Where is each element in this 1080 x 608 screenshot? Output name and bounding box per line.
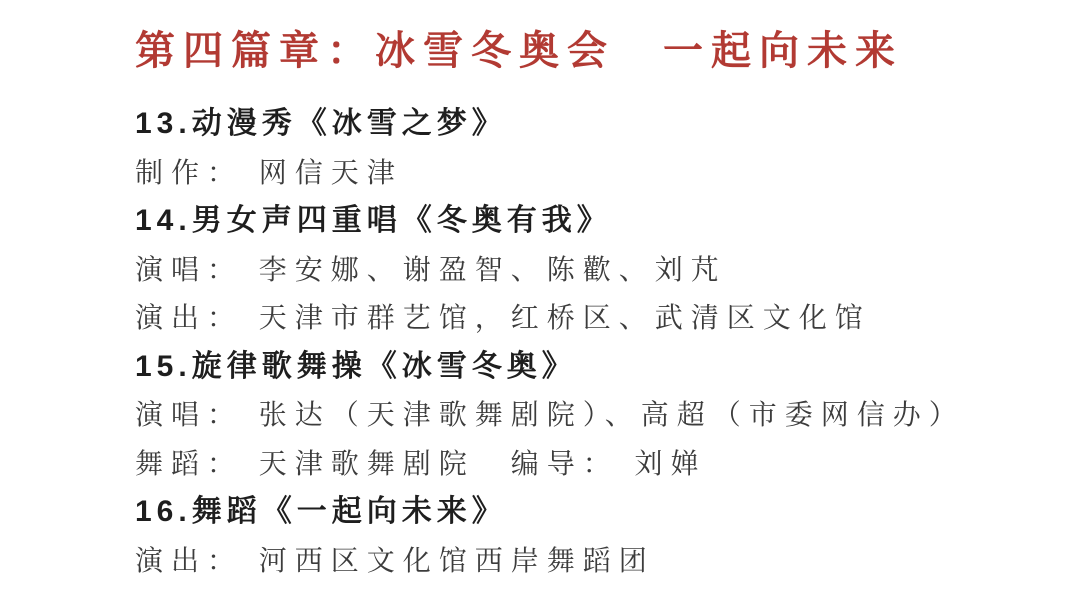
program-chapter-section: 第四篇章：冰雪冬奥会 一起向未来 13.动漫秀《冰雪之梦》 制作： 网信天津 1… [135, 28, 1045, 585]
credit-performers-14: 演出： 天津市群艺馆，红桥区、武清区文化馆 [135, 294, 1045, 343]
credit-singers-15: 演唱： 张达（天津歌舞剧院）、高超（市委网信办） [135, 391, 1045, 440]
credit-singers-14: 演唱： 李安娜、谢盈智、陈歡、刘芃 [135, 246, 1045, 295]
credit-dance-director-15: 舞蹈： 天津歌舞剧院 编导： 刘婵 [135, 440, 1045, 489]
program-item-14: 14.男女声四重唱《冬奥有我》 [135, 197, 1045, 246]
chapter-title: 第四篇章：冰雪冬奥会 一起向未来 [135, 28, 1045, 74]
program-item-16: 16.舞蹈《一起向未来》 [135, 488, 1045, 537]
program-item-15: 15.旋律歌舞操《冰雪冬奥》 [135, 343, 1045, 392]
credit-performers-16: 演出： 河西区文化馆西岸舞蹈团 [135, 537, 1045, 586]
program-item-13: 13.动漫秀《冰雪之梦》 [135, 100, 1045, 149]
credit-production-13: 制作： 网信天津 [135, 149, 1045, 198]
